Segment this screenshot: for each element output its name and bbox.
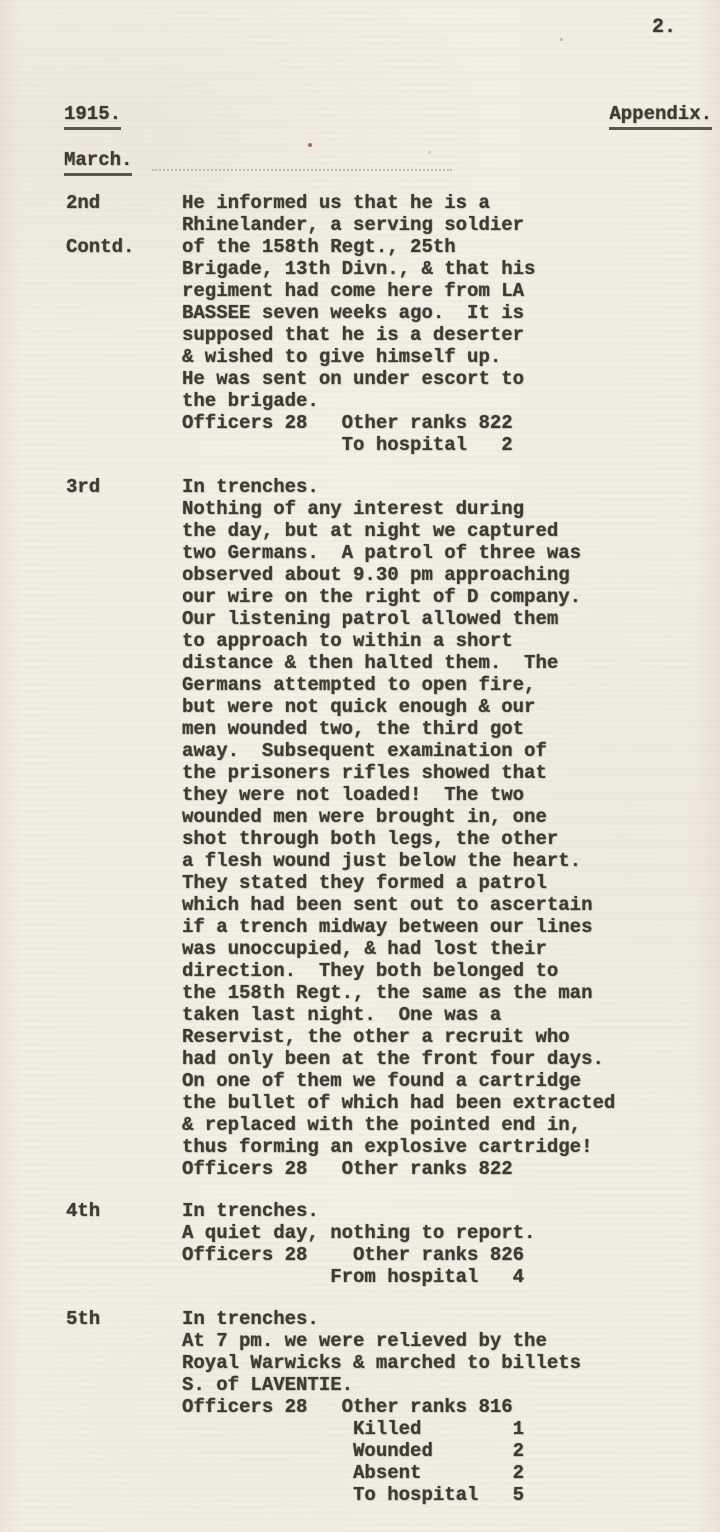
diary-text-line: shot through both legs, the other — [182, 828, 720, 850]
diary-text-line: if a trench midway between our lines — [182, 916, 720, 938]
diary-text-line: Germans attempted to open fire, — [182, 674, 720, 696]
diary-text-line: taken last night. One was a — [182, 1004, 720, 1026]
diary-text-line: distance & then halted them. The — [182, 652, 720, 674]
diary-text-line: Officers 28 Other ranks 822 — [182, 412, 720, 434]
diary-text-line: the day, but at night we captured — [182, 520, 720, 542]
year-heading: 1915. — [64, 103, 121, 130]
diary-text-line: the brigade. — [182, 390, 720, 412]
diary-text-line: Brigade, 13th Divn., & that his — [182, 258, 720, 280]
diary-text-line: Officers 28 Other ranks 822 — [182, 1158, 720, 1180]
diary-text-line: was unoccupied, & had lost their — [182, 938, 720, 960]
entry-date-line: Contd. — [66, 236, 182, 258]
diary-text-line: had only been at the front four days. — [182, 1048, 720, 1070]
diary-text-line: supposed that he is a deserter — [182, 324, 720, 346]
diary-entry: 2ndContd.He informed us that he is aRhin… — [0, 192, 720, 456]
entry-date-line: 3rd — [66, 476, 182, 498]
diary-text-line: our wire on the right of D company. — [182, 586, 720, 608]
diary-text-line: To hospital 2 — [182, 434, 720, 456]
diary-text-line: They stated they formed a patrol — [182, 872, 720, 894]
diary-text-line: Wounded 2 — [182, 1440, 720, 1462]
diary-text-line: the prisoners rifles showed that — [182, 762, 720, 784]
diary-text-line: BASSEE seven weeks ago. It is — [182, 302, 720, 324]
diary-text-line: He informed us that he is a — [182, 192, 720, 214]
diary-text-line: At 7 pm. we were relieved by the — [182, 1330, 720, 1352]
entry-date-line — [66, 214, 182, 236]
diary-text-line: to approach to within a short — [182, 630, 720, 652]
diary-text-line: & wished to give himself up. — [182, 346, 720, 368]
diary-text-line: In trenches. — [182, 476, 720, 498]
entry-date-line: 4th — [66, 1200, 182, 1222]
diary-entry: 4thIn trenches.A quiet day, nothing to r… — [0, 1200, 720, 1288]
appendix-heading: Appendix. — [609, 103, 712, 130]
entry-body-column: He informed us that he is aRhinelander, … — [182, 192, 720, 456]
month-heading: March. — [64, 149, 564, 176]
entry-date-line: 5th — [66, 1308, 182, 1330]
diary-text-line: a flesh wound just below the heart. — [182, 850, 720, 872]
diary-text-line: observed about 9.30 pm approaching — [182, 564, 720, 586]
paper-speck — [428, 151, 431, 154]
diary-text-line: From hospital 4 — [182, 1266, 720, 1288]
diary-text-line: but were not quick enough & our — [182, 696, 720, 718]
diary-text-line: A quiet day, nothing to report. — [182, 1222, 720, 1244]
diary-text-line: Our listening patrol allowed them — [182, 608, 720, 630]
diary-text-line: Rhinelander, a serving soldier — [182, 214, 720, 236]
entry-body-column: In trenches.A quiet day, nothing to repo… — [182, 1200, 720, 1288]
faint-dotted-rule — [152, 169, 452, 171]
entry-date-line: 2nd — [66, 192, 182, 214]
entry-date-column: 5th — [66, 1308, 182, 1506]
diary-text-line: Nothing of any interest during — [182, 498, 720, 520]
diary-text-line: In trenches. — [182, 1308, 720, 1330]
paper-speck — [560, 38, 563, 41]
page-number: 2. — [652, 16, 676, 39]
diary-text-line: To hospital 5 — [182, 1484, 720, 1506]
diary-entries: 2ndContd.He informed us that he is aRhin… — [0, 192, 720, 1526]
diary-text-line: men wounded two, the third got — [182, 718, 720, 740]
diary-text-line: they were not loaded! The two — [182, 784, 720, 806]
diary-text-line: away. Subsequent examination of — [182, 740, 720, 762]
diary-text-line: of the 158th Regt., 25th — [182, 236, 720, 258]
month-label: March. — [64, 149, 132, 176]
diary-text-line: Royal Warwicks & marched to billets — [182, 1352, 720, 1374]
diary-text-line: which had been sent out to ascertain — [182, 894, 720, 916]
diary-text-line: thus forming an explosive cartridge! — [182, 1136, 720, 1158]
entry-date-column: 4th — [66, 1200, 182, 1288]
diary-text-line: the bullet of which had been extracted — [182, 1092, 720, 1114]
diary-text-line: He was sent on under escort to — [182, 368, 720, 390]
diary-text-line: Killed 1 — [182, 1418, 720, 1440]
diary-text-line: regiment had come here from LA — [182, 280, 720, 302]
diary-text-line: Absent 2 — [182, 1462, 720, 1484]
diary-text-line: two Germans. A patrol of three was — [182, 542, 720, 564]
document-page: 2. 1915. Appendix. March. 2ndContd.He in… — [0, 0, 720, 1532]
diary-text-line: & replaced with the pointed end in, — [182, 1114, 720, 1136]
diary-text-line: the 158th Regt., the same as the man — [182, 982, 720, 1004]
entry-date-column: 3rd — [66, 476, 182, 1180]
diary-text-line: Officers 28 Other ranks 826 — [182, 1244, 720, 1266]
diary-entry: 5thIn trenches.At 7 pm. we were relieved… — [0, 1308, 720, 1506]
entry-date-column: 2ndContd. — [66, 192, 182, 456]
diary-text-line: On one of them we found a cartridge — [182, 1070, 720, 1092]
paper-speck — [308, 143, 312, 147]
diary-text-line: In trenches. — [182, 1200, 720, 1222]
diary-text-line: Reservist, the other a recruit who — [182, 1026, 720, 1048]
entry-body-column: In trenches.Nothing of any interest duri… — [182, 476, 720, 1180]
diary-entry: 3rdIn trenches.Nothing of any interest d… — [0, 476, 720, 1180]
diary-text-line: direction. They both belonged to — [182, 960, 720, 982]
diary-text-line: Officers 28 Other ranks 816 — [182, 1396, 720, 1418]
entry-body-column: In trenches.At 7 pm. we were relieved by… — [182, 1308, 720, 1506]
diary-text-line: wounded men were brought in, one — [182, 806, 720, 828]
diary-text-line: S. of LAVENTIE. — [182, 1374, 720, 1396]
page-header: 1915. Appendix. — [64, 103, 712, 130]
